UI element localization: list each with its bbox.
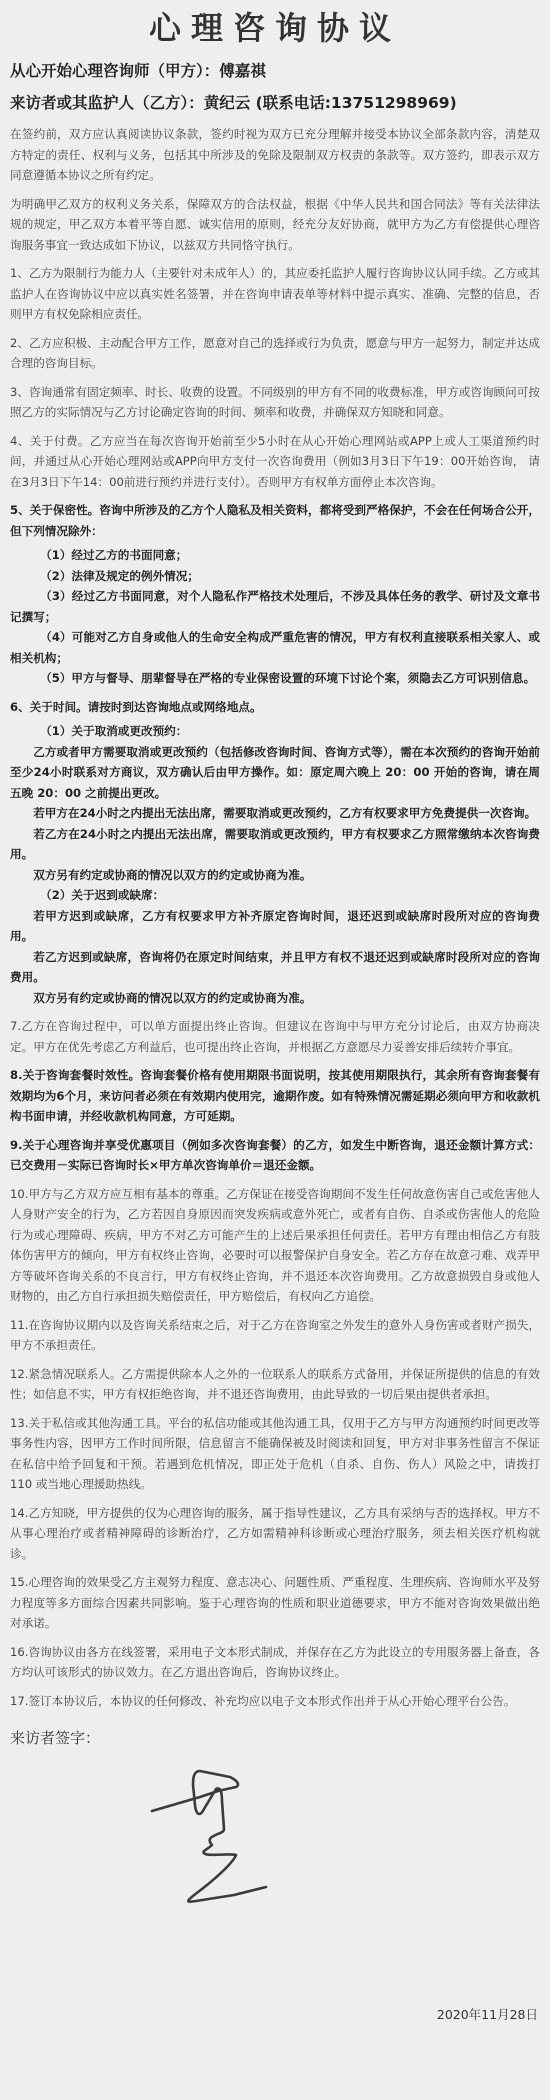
clause-5-item-4: （4）可能对乙方自身或他人的生命安全构成严重危害的情况，甲方有权利直接联系相关家…	[10, 627, 540, 668]
clause-7: 7.乙方在咨询过程中，可以单方面提出终止咨询。但建议在咨询中与甲方充分讨论后，由…	[10, 1016, 540, 1057]
clause-6-sub2-line-2: 若乙方迟到或缺席，咨询将仍在原定时间结束，并且甲方有权不退还迟到或缺席时段所对应…	[10, 947, 540, 988]
clause-5-lead: 5、关于保密性。咨询中所涉及的乙方个人隐私及相关资料，都将受到严格保护，不会在任…	[10, 500, 540, 541]
clause-8: 8.关于咨询套餐时效性。咨询套餐价格有使用期限书面说明，按其使用期限执行，其余所…	[10, 1065, 540, 1127]
party-a: 从心开始心理咨询师（甲方）：傅嘉祺	[10, 60, 540, 82]
clause-11: 11.在咨询协议期内以及咨询关系结束之后，对于乙方在咨询室之外发生的意外人身伤害…	[10, 1315, 540, 1356]
clause-5-item-5: （5）甲方与督导、朋辈督导在严格的专业保密设置的环境下讨论个案，须隐去乙方可识别…	[10, 668, 540, 689]
clause-6-sub1-line-1: 乙方或者甲方需要取消或更改预约（包括修改咨询时间、咨询方式等），需在本次预约的咨…	[10, 742, 540, 804]
agreement-document: 心理咨询协议 从心开始心理咨询师（甲方）：傅嘉祺 来访者或其监护人（乙方）：黄纪…	[0, 0, 550, 1999]
clause-3: 3、咨询通常有固定频率、时长、收费的设置。不同级别的甲方有不同的收费标准，甲方或…	[10, 382, 540, 423]
document-title: 心理咨询协议	[10, 0, 540, 50]
clause-4: 4、关于付费。乙方应当在每次咨询开始前至少5小时在从心开始心理网站或APP上或人…	[10, 431, 540, 493]
clause-5-item-2: （2）法律及规定的例外情况；	[10, 566, 540, 587]
clause-6-sub2-title: （2）关于迟到或缺席：	[10, 885, 540, 906]
clause-16: 16.咨询协议由各方在线签署，采用电子文本形式制成，并保存在乙方为此设立的专用服…	[10, 1642, 540, 1683]
clause-13: 13.关于私信或其他沟通工具。平台的私信功能或其他沟通工具，仅用于乙方与甲方沟通…	[10, 1413, 540, 1495]
clause-6-lead: 6、关于时间。请按时到达咨询地点或网络地点。	[10, 697, 540, 718]
clause-10: 10.甲方与乙方双方应互相有基本的尊重。乙方保证在接受咨询期间不发生任何故意伤害…	[10, 1184, 540, 1307]
clause-5-item-1: （1）经过乙方的书面同意；	[10, 545, 540, 566]
clause-9: 9.关于心理咨询并享受优惠项目（例如多次咨询套餐）的乙方，如发生中断咨询，退还金…	[10, 1135, 540, 1176]
clause-6-sub1-line-3: 若乙方在24小时之内提出无法出席，需要取消或更改预约，甲方有权要求乙方照常缴纳本…	[10, 824, 540, 865]
clause-6-sub2-line-1: 若甲方迟到或缺席，乙方有权要求甲方补齐原定咨询时间，退还迟到或缺席时段所对应的咨…	[10, 906, 540, 947]
clause-14: 14.乙方知晓，甲方提供的仅为心理咨询的服务，属于指导性建议，乙方具有采纳与否的…	[10, 1503, 540, 1565]
intro-paragraph-1: 在签约前，双方应认真阅读协议条款，签约时视为双方已充分理解并接受本协议全部条款内…	[10, 124, 540, 186]
clause-15: 15.心理咨询的效果受乙方主观努力程度、意志决心、问题性质、严重程度、生理疾病、…	[10, 1572, 540, 1634]
clause-1: 1、乙方为限制行为能力人（主要针对未成年人）的，其应委托监护人履行咨询协议认同手…	[10, 263, 540, 325]
clause-12: 12.紧急情况联系人。乙方需提供除本人之外的一位联系人的联系方式备用，并保证所提…	[10, 1364, 540, 1405]
clause-5-item-3: （3）经过乙方书面同意，对个人隐私作严格技术处理后，不涉及具体任务的教学、研讨及…	[10, 586, 540, 627]
clause-17: 17.签订本协议后，本协议的任何修改、补充均应以电子文本形式作出并于从心开始心理…	[10, 1691, 540, 1712]
signature-label: 来访者签字：	[10, 1727, 540, 1749]
clause-6-sub1-title: （1）关于取消或更改预约：	[10, 721, 540, 742]
intro-paragraph-2: 为明确甲乙双方的权利义务关系，保障双方的合法权益，根据《中华人民共和国合同法》等…	[10, 194, 540, 256]
signature-area	[10, 1749, 540, 1999]
clause-2: 2、乙方应积极、主动配合甲方工作，愿意对自己的选择或行为负责，愿意与甲方一起努力…	[10, 333, 540, 374]
party-b: 来访者或其监护人（乙方）：黄纪云 (联系电话:13751298969)	[10, 92, 540, 114]
handwritten-signature-icon	[130, 1757, 290, 1917]
clause-6-sub2-line-3: 双方另有约定或协商的情况以双方的约定或协商为准。	[10, 988, 540, 1009]
clause-6-sub1-line-2: 若甲方在24小时之内提出无法出席，需要取消或更改预约，乙方有权要求甲方免费提供一…	[10, 803, 540, 824]
signing-date: 2020年11月28日	[437, 2005, 538, 2023]
clause-6-sub1-line-4: 双方另有约定或协商的情况以双方的约定或协商为准。	[10, 865, 540, 886]
